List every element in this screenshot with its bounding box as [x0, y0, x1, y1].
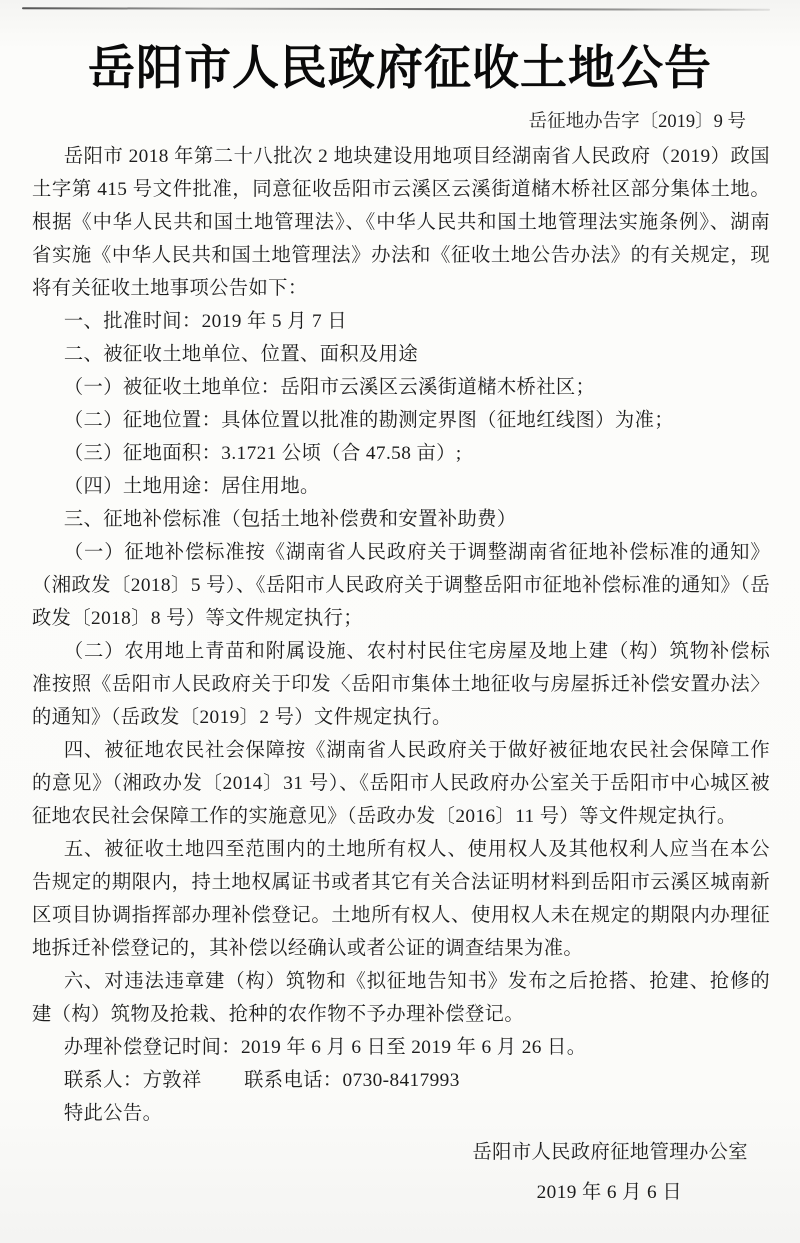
item-3-1-compensation-standard: （一）征地补偿标准按《湖南省人民政府关于调整湖南省征地补偿标准的通知》（湘政发〔… [32, 536, 770, 635]
item-3-heading: 三、征地补偿标准（包括土地补偿费和安置补助费） [32, 503, 770, 536]
contact-line: 联系人：方敦祥联系电话：0730-8417993 [32, 1064, 770, 1097]
issuer-name: 岳阳市人民政府征地管理办公室 [0, 1134, 800, 1172]
item-3-2-structures-compensation: （二）农用地上青苗和附属设施、农村村民住宅房屋及地上建（构）筑物补偿标准按照《岳… [32, 635, 770, 734]
contact-person-label: 联系人： [64, 1070, 143, 1091]
doc-number: 岳征地办告字〔2019〕9 号 [0, 108, 746, 136]
contact-phone-number: 0730-8417993 [342, 1070, 459, 1091]
announcement-body: 岳阳市 2018 年第二十八批次 2 地块建设用地项目经湖南省人民政府（2019… [32, 140, 770, 1130]
item-2-4-land-use: （四）土地用途：居住用地。 [32, 470, 770, 503]
contact-person-name: 方敦祥 [143, 1070, 202, 1091]
announcement-page: 岳阳市人民政府征收土地公告 岳征地办告字〔2019〕9 号 岳阳市 2018 年… [0, 0, 800, 1243]
item-1-approval-time: 一、批准时间：2019 年 5 月 7 日 [32, 305, 770, 338]
item-2-2-land-location: （二）征地位置：具体位置以批准的勘测定界图（征地红线图）为准； [32, 404, 770, 437]
item-2-1-land-unit: （一）被征收土地单位：岳阳市云溪区云溪街道槠木桥社区； [32, 371, 770, 404]
issue-date: 2019 年 6 月 6 日 [0, 1172, 800, 1214]
closing-line: 特此公告。 [32, 1097, 770, 1130]
registration-time-line: 办理补偿登记时间：2019 年 6 月 6 日至 2019 年 6 月 26 日… [32, 1031, 770, 1064]
page-title: 岳阳市人民政府征收土地公告 [30, 38, 770, 100]
item-2-heading: 二、被征收土地单位、位置、面积及用途 [32, 338, 770, 371]
signature-block: 岳阳市人民政府征地管理办公室 2019 年 6 月 6 日 [0, 1134, 800, 1214]
item-2-3-land-area: （三）征地面积：3.1721 公顷（合 47.58 亩）; [32, 437, 770, 470]
item-6-illegal-structures: 六、对违法违章建（构）筑物和《拟征地告知书》发布之后抢搭、抢建、抢修的建（构）筑… [32, 965, 770, 1031]
scan-artifact-line [22, 7, 770, 11]
intro-paragraph: 岳阳市 2018 年第二十八批次 2 地块建设用地项目经湖南省人民政府（2019… [32, 140, 770, 305]
item-4-social-security: 四、被征地农民社会保障按《湖南省人民政府关于做好被征地农民社会保障工作的意见》（… [32, 734, 770, 833]
item-5-registration: 五、被征收土地四至范围内的土地所有权人、使用权人及其他权利人应当在本公告规定的期… [32, 833, 770, 965]
contact-phone-label: 联系电话： [244, 1070, 342, 1091]
